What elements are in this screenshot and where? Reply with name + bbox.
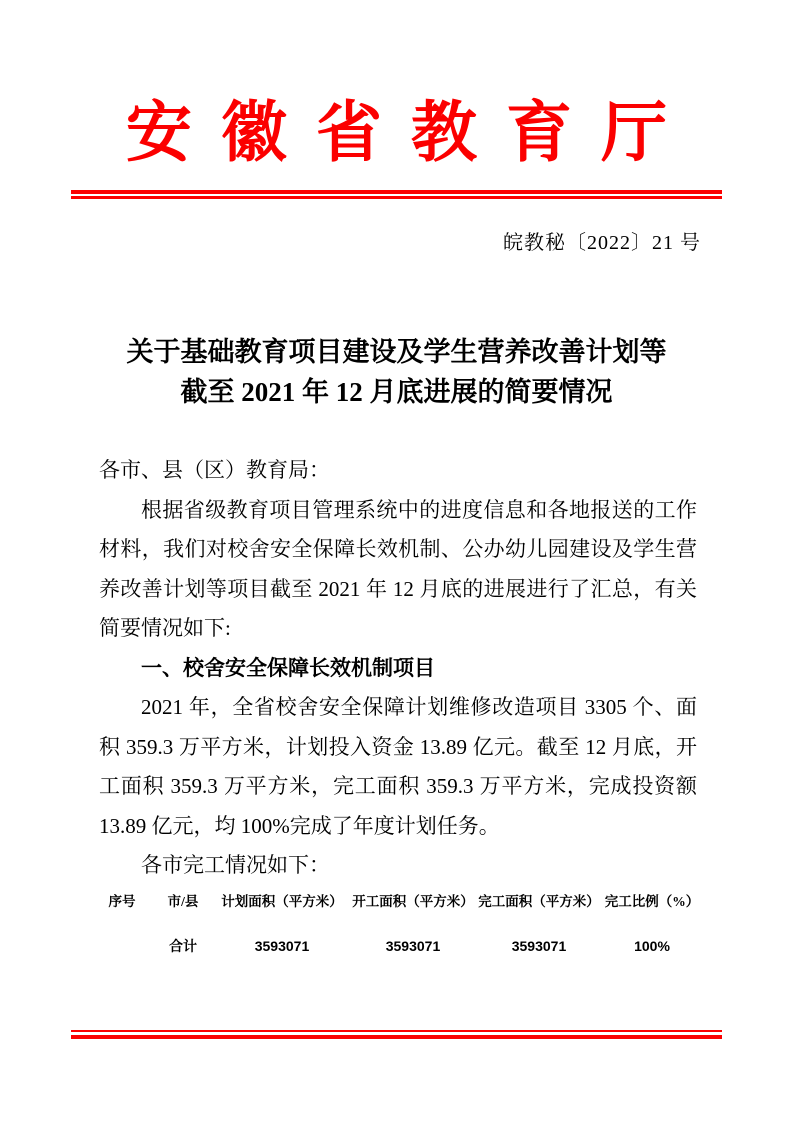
section-1-paragraph: 2021 年，全省校舍安全保障计划维修改造项目 3305 个、面积 359.3 … (99, 688, 697, 846)
document-page: 安徽省教育厅 皖教秘〔2022〕21 号 关于基础教育项目建设及学生营养改善计划… (0, 0, 793, 1122)
table-header-index: 序号 (94, 892, 150, 912)
total-completed-area: 3593071 (478, 936, 600, 956)
header-divider (71, 190, 722, 199)
section-1-heading: 一、校舍安全保障长效机制项目 (99, 649, 697, 689)
table-header-completed-area: 完工面积（平方米） (478, 892, 600, 912)
table-total-row: 合计 3593071 3593071 3593071 100% (94, 936, 704, 956)
document-number: 皖教秘〔2022〕21 号 (503, 226, 701, 255)
footer-divider-thick-line (71, 1035, 722, 1039)
table-header-completion-rate: 完工比例（%） (600, 892, 704, 912)
table-header-planned-area: 计划面积（平方米） (216, 892, 348, 912)
header-divider-thin-line (71, 196, 722, 199)
total-started-area: 3593071 (348, 936, 478, 956)
agency-name: 安徽省教育厅 (0, 98, 793, 171)
intro-paragraph: 根据省级教育项目管理系统中的进度信息和各地报送的工作材料，我们对校舍安全保障长效… (99, 491, 697, 649)
document-title: 关于基础教育项目建设及学生营养改善计划等 截至 2021 年 12 月底进展的简… (0, 332, 793, 412)
completion-summary-table: 序号 市/县 计划面积（平方米） 开工面积（平方米） 完工面积（平方米） 完工比… (94, 892, 704, 956)
footer-divider (71, 1030, 722, 1039)
salutation: 各市、县（区）教育局： (99, 451, 697, 491)
table-header-started-area: 开工面积（平方米） (348, 892, 478, 912)
document-title-line-2: 截至 2021 年 12 月底进展的简要情况 (0, 372, 793, 412)
total-row-label: 合计 (150, 936, 216, 956)
document-body: 各市、县（区）教育局： 根据省级教育项目管理系统中的进度信息和各地报送的工作材料… (99, 451, 697, 886)
total-planned-area: 3593071 (216, 936, 348, 956)
table-header-row: 序号 市/县 计划面积（平方米） 开工面积（平方米） 完工面积（平方米） 完工比… (94, 892, 704, 912)
table-intro: 各市完工情况如下： (99, 846, 697, 886)
table-header-city-county: 市/县 (150, 892, 216, 912)
document-title-line-1: 关于基础教育项目建设及学生营养改善计划等 (0, 332, 793, 372)
total-completion-rate: 100% (600, 936, 704, 956)
